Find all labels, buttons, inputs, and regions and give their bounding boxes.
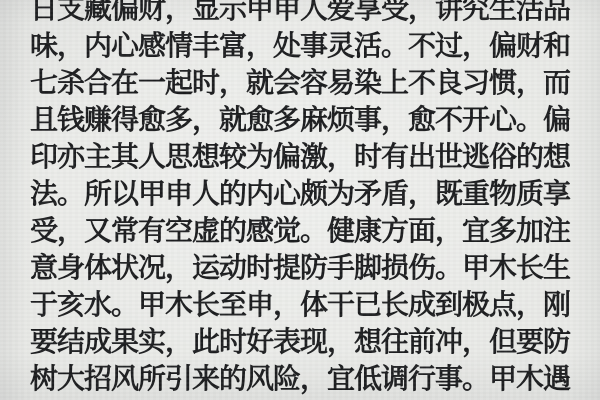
text-line-5: 印亦主其人思想较为偏激，时有出世逃俗的想 xyxy=(30,138,570,175)
text-line-10: 要结成果实，此时好表现，想往前冲，但要防 xyxy=(30,323,570,360)
text-line-2: 味，内心感情丰富，处事灵活。不过，偏财和 xyxy=(30,27,570,64)
text-line-1: 日支藏偏财，显示甲申人爱享受，讲究生活品 xyxy=(30,0,570,27)
text-line-11: 树大招风所引来的风险，宜低调行事。甲木遇 xyxy=(30,360,570,397)
text-line-7: 受，又常有空虚的感觉。健康方面，宜多加注 xyxy=(30,212,570,249)
text-line-9: 于亥水。甲木长至申，体干已长成到极点，刚 xyxy=(30,286,570,323)
text-line-4: 且钱赚得愈多，就愈多麻烦事，愈不开心。偏 xyxy=(30,101,570,138)
text-line-3: 七杀合在一起时，就会容易染上不良习惯，而 xyxy=(30,64,570,101)
scanned-page: 日支藏偏财，显示甲申人爱享受，讲究生活品 味，内心感情丰富，处事灵活。不过，偏财… xyxy=(0,0,600,400)
text-line-8: 意身体状况，运动时提防手脚损伤。甲木长生 xyxy=(30,249,570,286)
paragraph-text: 日支藏偏财，显示甲申人爱享受，讲究生活品 味，内心感情丰富，处事灵活。不过，偏财… xyxy=(30,0,570,397)
text-line-6: 法。所以甲申人的内心颇为矛盾，既重物质享 xyxy=(30,175,570,212)
